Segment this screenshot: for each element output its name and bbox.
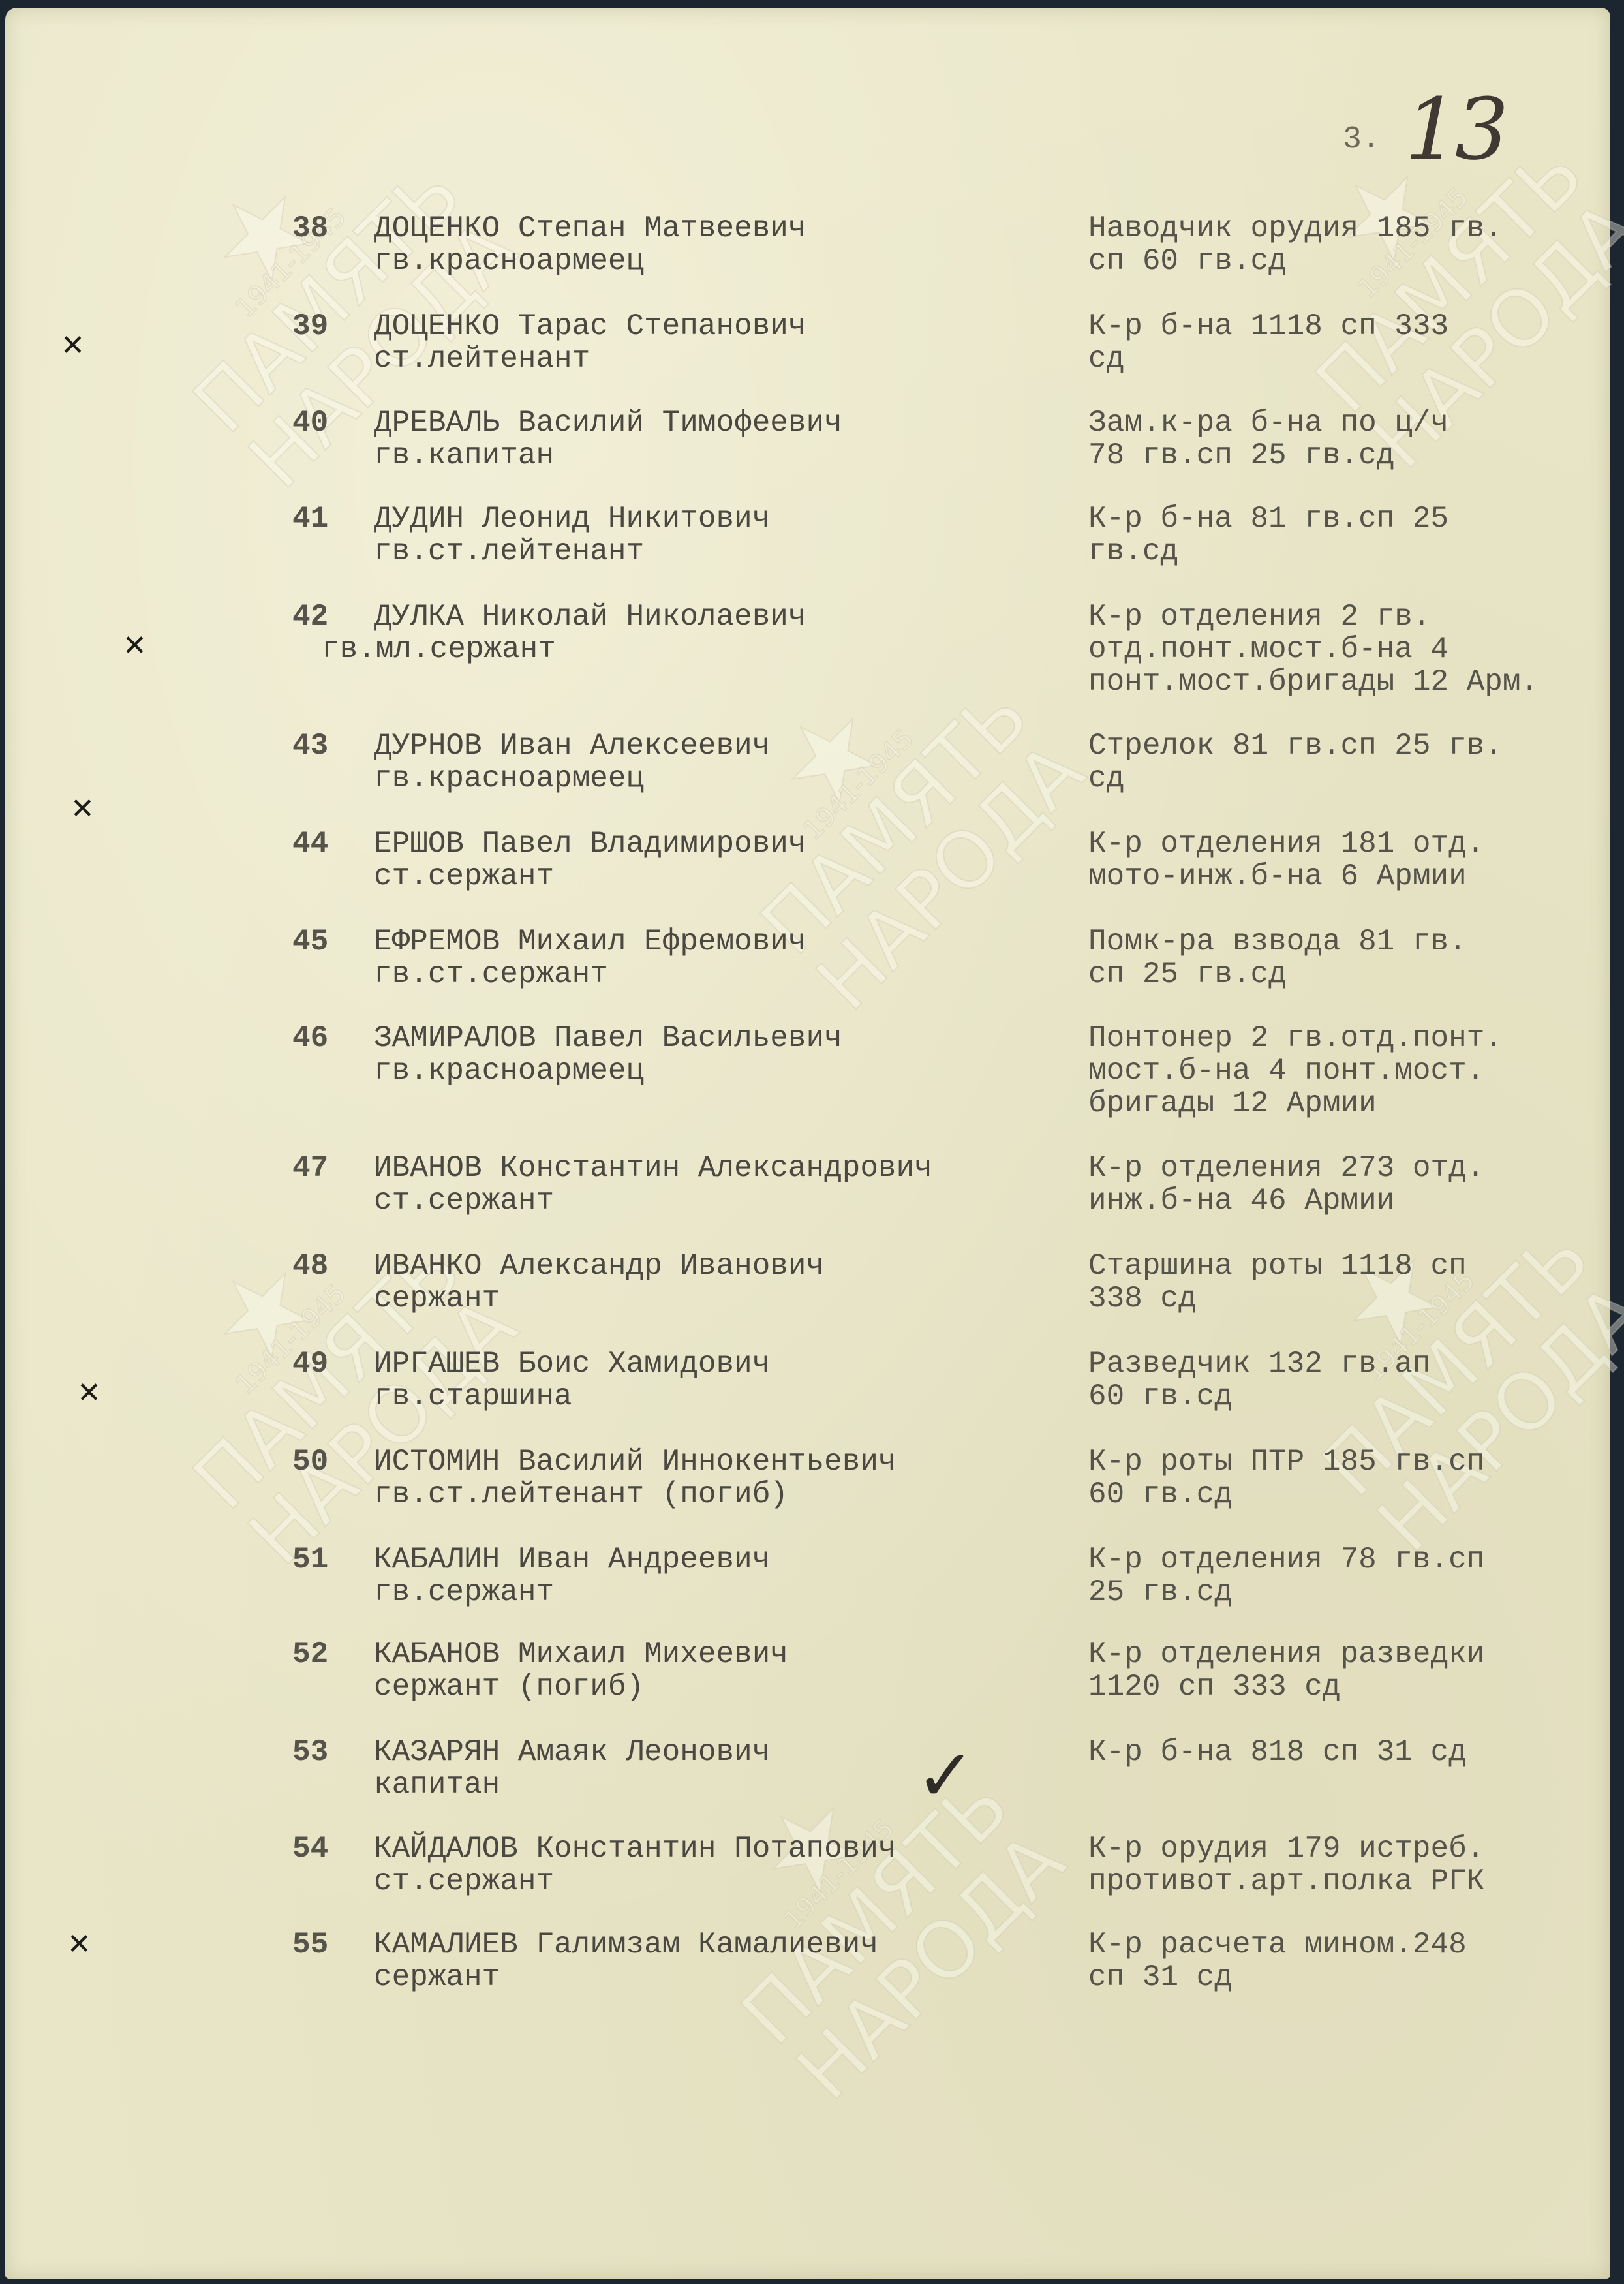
person-name: КАБАНОВ Михаил Михеевич (374, 1638, 1059, 1671)
award-list: 38ДОЦЕНКО Степан Матвеевичгв.красноармее… (5, 8, 1610, 2279)
unit-line: К-р отделения 181 отд. (1088, 827, 1604, 860)
unit-line: Зам.к-ра б-на по ц/ч (1088, 407, 1604, 439)
person-name: КАЙДАЛОВ Константин Потапович (374, 1832, 1059, 1865)
person-name: ДУЛКА Николай Николаевич (374, 600, 1059, 633)
person-name: ДУРНОВ Иван Алексеевич (374, 730, 1059, 762)
person-rank: гв.сержант (374, 1576, 1059, 1609)
unit-line: противот.арт.полка РГК (1088, 1865, 1604, 1898)
person-name: ДУДИН Леонид Никитович (374, 502, 1059, 535)
person-rank: ст.лейтенант (374, 343, 1059, 375)
entry-number: 47 (292, 1152, 358, 1184)
person-info: КАБАЛИН Иван Андреевичгв.сержант (374, 1543, 1059, 1609)
position-unit: К-р отделения разведки1120 сп 333 сд (1088, 1638, 1604, 1703)
person-name: ИВАНОВ Константин Александрович (374, 1152, 1059, 1184)
person-rank: гв.ст.лейтенант (374, 535, 1059, 568)
person-name: КАБАЛИН Иван Андреевич (374, 1543, 1059, 1576)
person-info: ДОЦЕНКО Степан Матвеевичгв.красноармеец (374, 212, 1059, 277)
person-name: ИРГАШЕВ Боис Хамидович (374, 1348, 1059, 1380)
entry-number: 44 (292, 827, 358, 860)
person-name: КАМАЛИЕВ Галимзам Камалиевич (374, 1928, 1059, 1961)
unit-line: понт.мост.бригады 12 Арм. (1088, 666, 1604, 698)
entry-number: 49 (292, 1348, 358, 1380)
unit-line: К-р отделения 2 гв. (1088, 600, 1604, 633)
person-name: ДРЕВАЛЬ Василий Тимофеевич (374, 407, 1059, 439)
person-info: ИСТОМИН Василий Иннокентьевичгв.ст.лейте… (374, 1445, 1059, 1511)
person-name: ЕРШОВ Павел Владимирович (374, 827, 1059, 860)
person-info: ЗАМИРАЛОВ Павел Васильевичгв.красноармее… (374, 1022, 1059, 1087)
unit-line: К-р орудия 179 истреб. (1088, 1832, 1604, 1865)
position-unit: Зам.к-ра б-на по ц/ч78 гв.сп 25 гв.сд (1088, 407, 1604, 472)
unit-line: 60 гв.сд (1088, 1380, 1604, 1413)
unit-line: 1120 сп 333 сд (1088, 1671, 1604, 1703)
unit-line: 25 гв.сд (1088, 1576, 1604, 1609)
unit-line: 78 гв.сп 25 гв.сд (1088, 439, 1604, 472)
entry-number: 51 (292, 1543, 358, 1576)
person-info: ДУРНОВ Иван Алексеевичгв.красноармеец (374, 730, 1059, 795)
person-rank: гв.капитан (374, 439, 1059, 472)
person-rank: гв.старшина (374, 1380, 1059, 1413)
unit-line: Помк-ра взвода 81 гв. (1088, 925, 1604, 958)
entry-number: 46 (292, 1022, 358, 1055)
person-rank: ст.сержант (374, 860, 1059, 893)
position-unit: К-р расчета мином.248сп 31 сд (1088, 1928, 1604, 1994)
entry-number: 42 (292, 600, 358, 633)
person-info: ДРЕВАЛЬ Василий Тимофеевичгв.капитан (374, 407, 1059, 472)
unit-line: Разведчик 132 гв.ап (1088, 1348, 1604, 1380)
unit-line: К-р расчета мином.248 (1088, 1928, 1604, 1961)
unit-line: 338 сд (1088, 1282, 1604, 1315)
person-rank: гв.красноармеец (374, 762, 1059, 795)
position-unit: К-р отделения 2 гв.отд.понт.мост.б-на 4п… (1088, 600, 1604, 698)
person-rank: гв.красноармеец (374, 245, 1059, 277)
person-name: ЗАМИРАЛОВ Павел Васильевич (374, 1022, 1059, 1055)
unit-line: К-р б-на 1118 сп 333 (1088, 310, 1604, 343)
unit-line: Наводчик орудия 185 гв. (1088, 212, 1604, 245)
entry-number: 50 (292, 1445, 358, 1478)
unit-line: К-р б-на 81 гв.сп 25 (1088, 502, 1604, 535)
unit-line: К-р роты ПТР 185 гв.сп (1088, 1445, 1604, 1478)
position-unit: К-р отделения 273 отд.инж.б-на 46 Армии (1088, 1152, 1604, 1217)
unit-line: инж.б-на 46 Армии (1088, 1184, 1604, 1217)
unit-line: сп 25 гв.сд (1088, 958, 1604, 991)
unit-line: К-р отделения 78 гв.сп (1088, 1543, 1604, 1576)
position-unit: К-р отделения 78 гв.сп25 гв.сд (1088, 1543, 1604, 1609)
person-name: ДОЦЕНКО Степан Матвеевич (374, 212, 1059, 245)
person-rank: ст.сержант (374, 1865, 1059, 1898)
unit-line: К-р б-на 818 сп 31 сд (1088, 1736, 1604, 1768)
checkmark-annotation: ✓ (915, 1734, 975, 1817)
person-info: ДУЛКА Николай Николаевичгв.мл.сержант (374, 600, 1059, 666)
unit-line: гв.сд (1088, 535, 1604, 568)
unit-line: 60 гв.сд (1088, 1478, 1604, 1511)
entry-number: 55 (292, 1928, 358, 1961)
unit-line: бригады 12 Армии (1088, 1087, 1604, 1120)
position-unit: Понтонер 2 гв.отд.понт.мост.б-на 4 понт.… (1088, 1022, 1604, 1120)
entry-number: 39 (292, 310, 358, 343)
unit-line: сд (1088, 762, 1604, 795)
person-name: ИСТОМИН Василий Иннокентьевич (374, 1445, 1059, 1478)
person-name: ИВАНКО Александр Иванович (374, 1250, 1059, 1282)
person-info: ЕРШОВ Павел Владимировичст.сержант (374, 827, 1059, 893)
person-info: КАЙДАЛОВ Константин Потаповичст.сержант (374, 1832, 1059, 1898)
position-unit: Стрелок 81 гв.сп 25 гв.сд (1088, 730, 1604, 795)
person-rank: ст.сержант (374, 1184, 1059, 1217)
position-unit: Разведчик 132 гв.ап60 гв.сд (1088, 1348, 1604, 1413)
person-rank: гв.ст.сержант (374, 958, 1059, 991)
person-rank: сержант (погиб) (374, 1671, 1059, 1703)
unit-line: сд (1088, 343, 1604, 375)
person-name: ДОЦЕНКО Тарас Степанович (374, 310, 1059, 343)
person-info: ДУДИН Леонид Никитовичгв.ст.лейтенант (374, 502, 1059, 568)
entry-number: 43 (292, 730, 358, 762)
position-unit: К-р отделения 181 отд.мото-инж.б-на 6 Ар… (1088, 827, 1604, 893)
position-unit: К-р б-на 81 гв.сп 25гв.сд (1088, 502, 1604, 568)
position-unit: К-р роты ПТР 185 гв.сп60 гв.сд (1088, 1445, 1604, 1511)
unit-line: Стрелок 81 гв.сп 25 гв. (1088, 730, 1604, 762)
entry-number: 52 (292, 1638, 358, 1671)
entry-number: 40 (292, 407, 358, 439)
person-rank: сержант (374, 1961, 1059, 1994)
position-unit: Старшина роты 1118 сп338 сд (1088, 1250, 1604, 1315)
entry-number: 38 (292, 212, 358, 245)
person-info: ИВАНОВ Константин Александровичст.сержан… (374, 1152, 1059, 1217)
unit-line: мото-инж.б-на 6 Армии (1088, 860, 1604, 893)
person-info: КАМАЛИЕВ Галимзам Камалиевичсержант (374, 1928, 1059, 1994)
entry-number: 54 (292, 1832, 358, 1865)
person-info: КАБАНОВ Михаил Михеевичсержант (погиб) (374, 1638, 1059, 1703)
person-rank: сержант (374, 1282, 1059, 1315)
unit-line: мост.б-на 4 понт.мост. (1088, 1055, 1604, 1087)
position-unit: К-р б-на 818 сп 31 сд (1088, 1736, 1604, 1768)
person-info: ИРГАШЕВ Боис Хамидовичгв.старшина (374, 1348, 1059, 1413)
person-info: ДОЦЕНКО Тарас Степановичст.лейтенант (374, 310, 1059, 375)
position-unit: Наводчик орудия 185 гв.сп 60 гв.сд (1088, 212, 1604, 277)
person-info: ИВАНКО Александр Ивановичсержант (374, 1250, 1059, 1315)
position-unit: К-р орудия 179 истреб.противот.арт.полка… (1088, 1832, 1604, 1898)
entry-number: 45 (292, 925, 358, 958)
entry-number: 48 (292, 1250, 358, 1282)
person-rank: гв.ст.лейтенант (погиб) (374, 1478, 1059, 1511)
unit-line: Понтонер 2 гв.отд.понт. (1088, 1022, 1604, 1055)
document-page: ★ 1941-1945 ПАМЯТЬ НАРОДА ★ 1941-1945 ПА… (5, 8, 1610, 2279)
unit-line: Старшина роты 1118 сп (1088, 1250, 1604, 1282)
person-info: ЕФРЕМОВ Михаил Ефремовичгв.ст.сержант (374, 925, 1059, 991)
unit-line: К-р отделения разведки (1088, 1638, 1604, 1671)
entry-number: 41 (292, 502, 358, 535)
person-rank: гв.красноармеец (374, 1055, 1059, 1087)
unit-line: сп 60 гв.сд (1088, 245, 1604, 277)
position-unit: К-р б-на 1118 сп 333сд (1088, 310, 1604, 375)
position-unit: Помк-ра взвода 81 гв.сп 25 гв.сд (1088, 925, 1604, 991)
entry-number: 53 (292, 1736, 358, 1768)
unit-line: К-р отделения 273 отд. (1088, 1152, 1604, 1184)
unit-line: сп 31 сд (1088, 1961, 1604, 1994)
unit-line: отд.понт.мост.б-на 4 (1088, 633, 1604, 666)
person-rank: гв.мл.сержант (322, 633, 1059, 666)
person-name: ЕФРЕМОВ Михаил Ефремович (374, 925, 1059, 958)
